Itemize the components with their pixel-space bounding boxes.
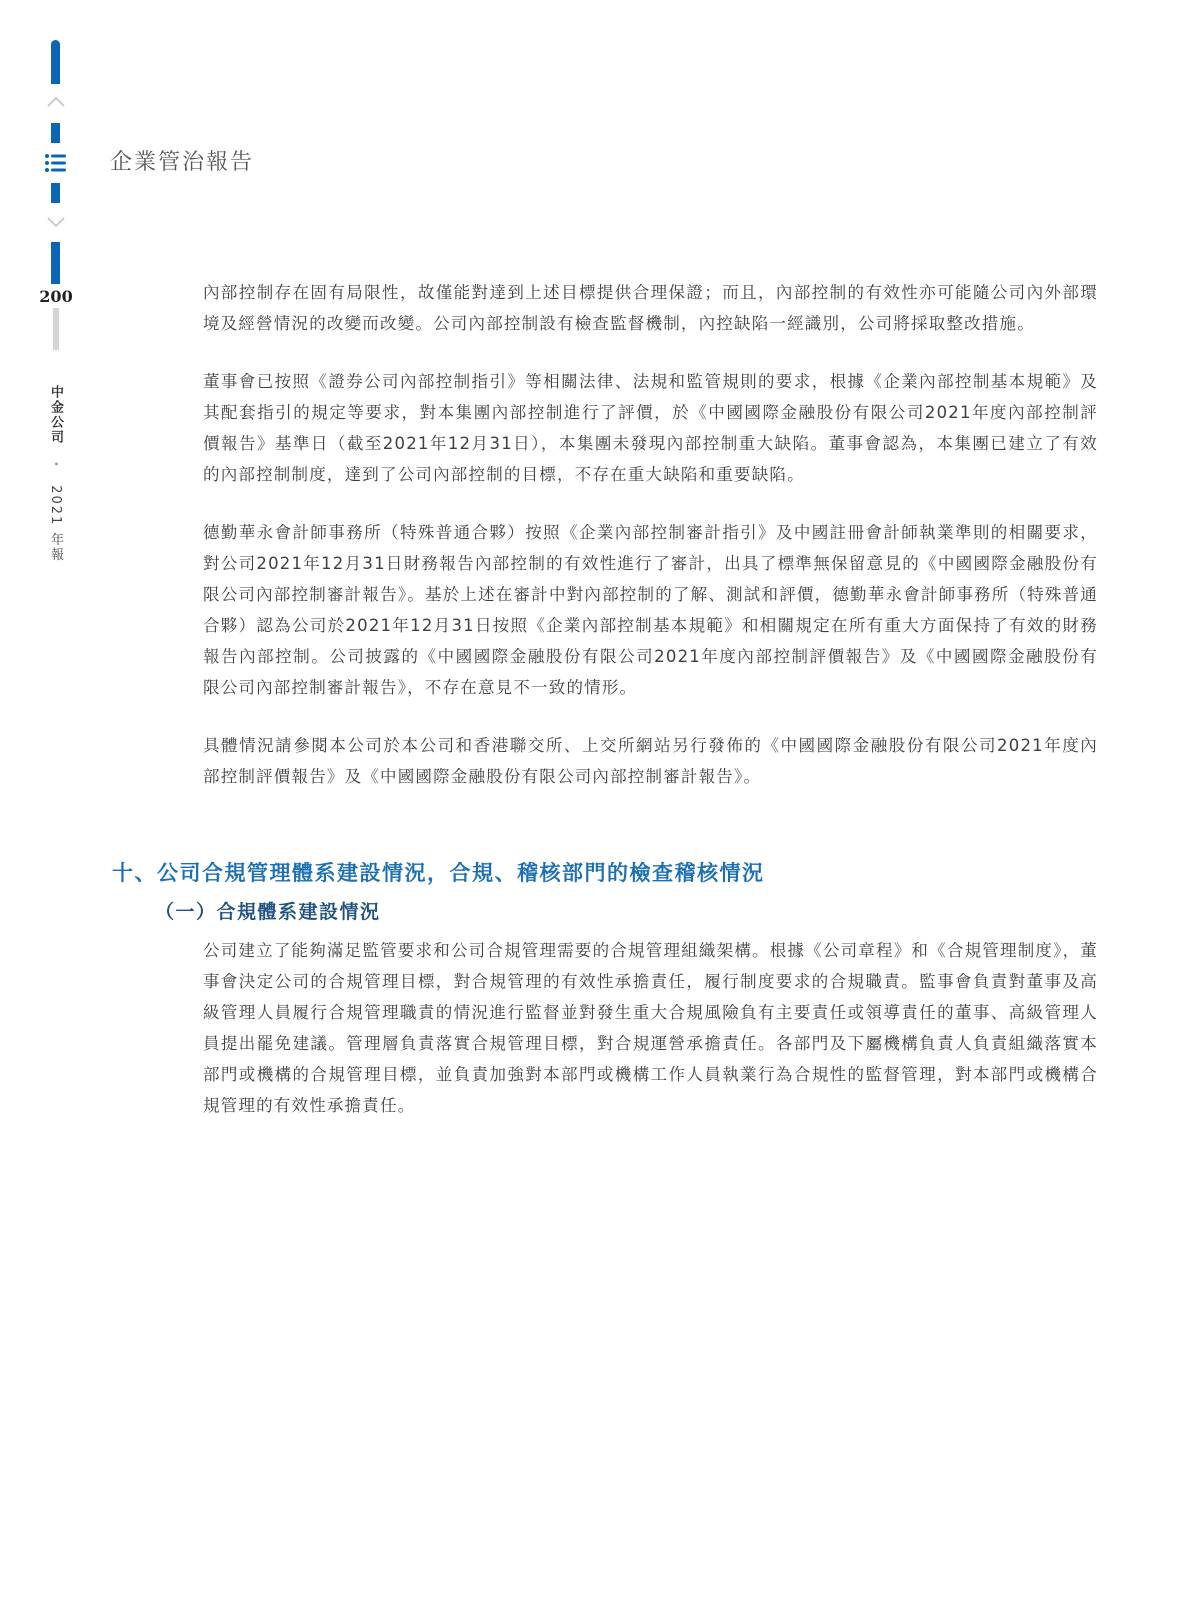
section-content: 公司建立了能夠滿足監管要求和公司合規管理需要的合規管理組織架構。根據《公司章程》… (203, 935, 1098, 1148)
paragraph: 具體情況請參閱本公司於本公司和香港聯交所、上交所網站另行發佈的《中國國際金融股份… (203, 730, 1098, 792)
heading-compliance-system: 十、公司合規管理體系建設情況，合規、稽核部門的檢查稽核情況 (112, 857, 765, 887)
report-label: 中金公司 • 2021 年報 (46, 385, 65, 562)
section-title: 企業管治報告 (110, 145, 254, 176)
rail-bar (51, 183, 60, 203)
paragraph: 公司建立了能夠滿足監管要求和公司合規管理需要的合規管理組織架構。根據《公司章程》… (203, 935, 1098, 1121)
rail-bar-grey (53, 308, 59, 350)
year-label: 2021 年報 (48, 485, 63, 562)
rail-bar (51, 123, 60, 143)
body-content: 內部控制存在固有局限性，故僅能對達到上述目標提供合理保證；而且，內部控制的有效性… (203, 277, 1098, 819)
rail-bar (51, 242, 60, 284)
page-number: 200 (38, 287, 74, 306)
paragraph: 德勤華永會計師事務所（特殊普通合夥）按照《企業內部控制審計指引》及中國註冊會計師… (203, 517, 1098, 703)
brand-name: 中金公司 (48, 385, 63, 445)
rail-bar (51, 40, 60, 84)
paragraph: 董事會已按照《證券公司內部控制指引》等相關法律、法規和監管規則的要求，根據《企業… (203, 366, 1098, 490)
menu-list-icon[interactable] (44, 151, 68, 175)
chevron-up-icon[interactable] (46, 92, 66, 112)
nav-rail: 200 中金公司 • 2021 年報 (0, 0, 110, 600)
paragraph: 內部控制存在固有局限性，故僅能對達到上述目標提供合理保證；而且，內部控制的有效性… (203, 277, 1098, 339)
chevron-down-icon[interactable] (46, 212, 66, 232)
separator-dot: • (50, 461, 61, 469)
subheading-compliance-construction: （一）合規體系建設情況 (155, 897, 381, 924)
